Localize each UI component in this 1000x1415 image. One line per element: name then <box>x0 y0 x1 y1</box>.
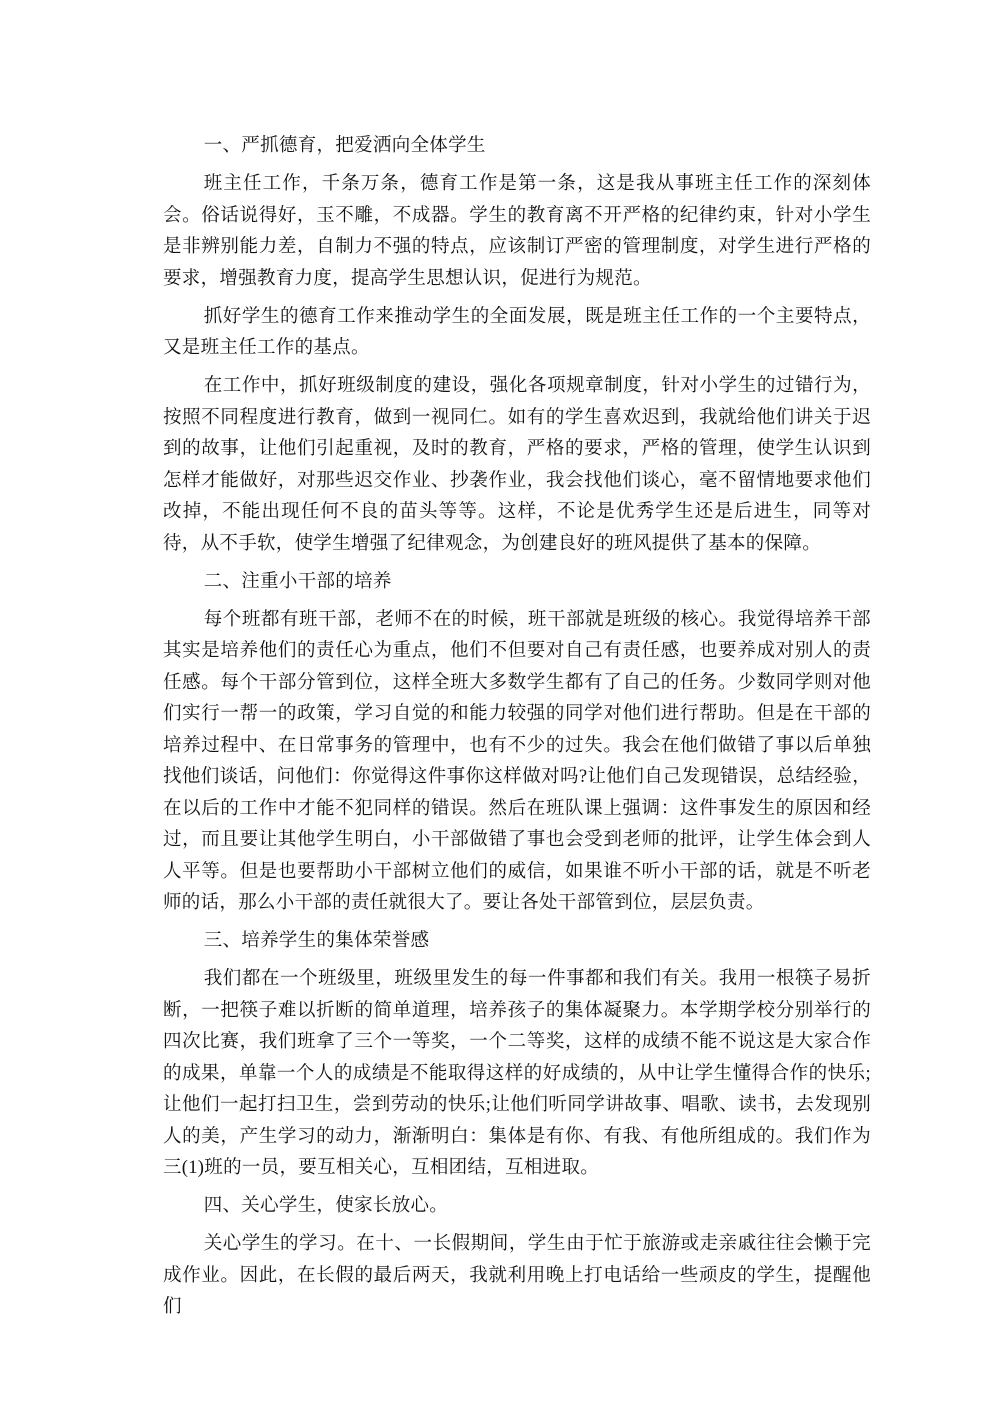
section-3-heading: 三、培养学生的集体荣誉感 <box>163 926 871 958</box>
section-2-paragraph-1: 每个班都有班干部，老师不在的时候，班干部就是班级的核心。我觉得培养干部其实是培养… <box>163 605 871 920</box>
section-1-paragraph-1: 班主任工作，千条万条，德育工作是第一条，这是我从事班主任工作的深刻体会。俗话说得… <box>163 169 871 295</box>
section-1-paragraph-3: 在工作中，抓好班级制度的建设，强化各项规章制度，针对小学生的过错行为，按照不同程… <box>163 371 871 560</box>
section-2-heading: 二、注重小干部的培养 <box>163 567 871 599</box>
section-1-heading: 一、严抓德育，把爱洒向全体学生 <box>163 131 871 163</box>
document-text-body: 一、严抓德育，把爱洒向全体学生 班主任工作，千条万条，德育工作是第一条，这是我从… <box>163 131 871 1324</box>
section-4-heading: 四、关心学生，使家长放心。 <box>163 1191 871 1223</box>
section-4-paragraph-1: 关心学生的学习。在十、一长假期间，学生由于忙于旅游或走亲戚往往会懒于完成作业。因… <box>163 1229 871 1324</box>
section-1-paragraph-2: 抓好学生的德育工作来推动学生的全面发展，既是班主任工作的一个主要特点，又是班主任… <box>163 302 871 365</box>
document-page: 一、严抓德育，把爱洒向全体学生 班主任工作，千条万条，德育工作是第一条，这是我从… <box>0 0 1000 1415</box>
section-3-paragraph-1: 我们都在一个班级里，班级里发生的每一件事都和我们有关。我用一根筷子易折断，一把筷… <box>163 964 871 1185</box>
